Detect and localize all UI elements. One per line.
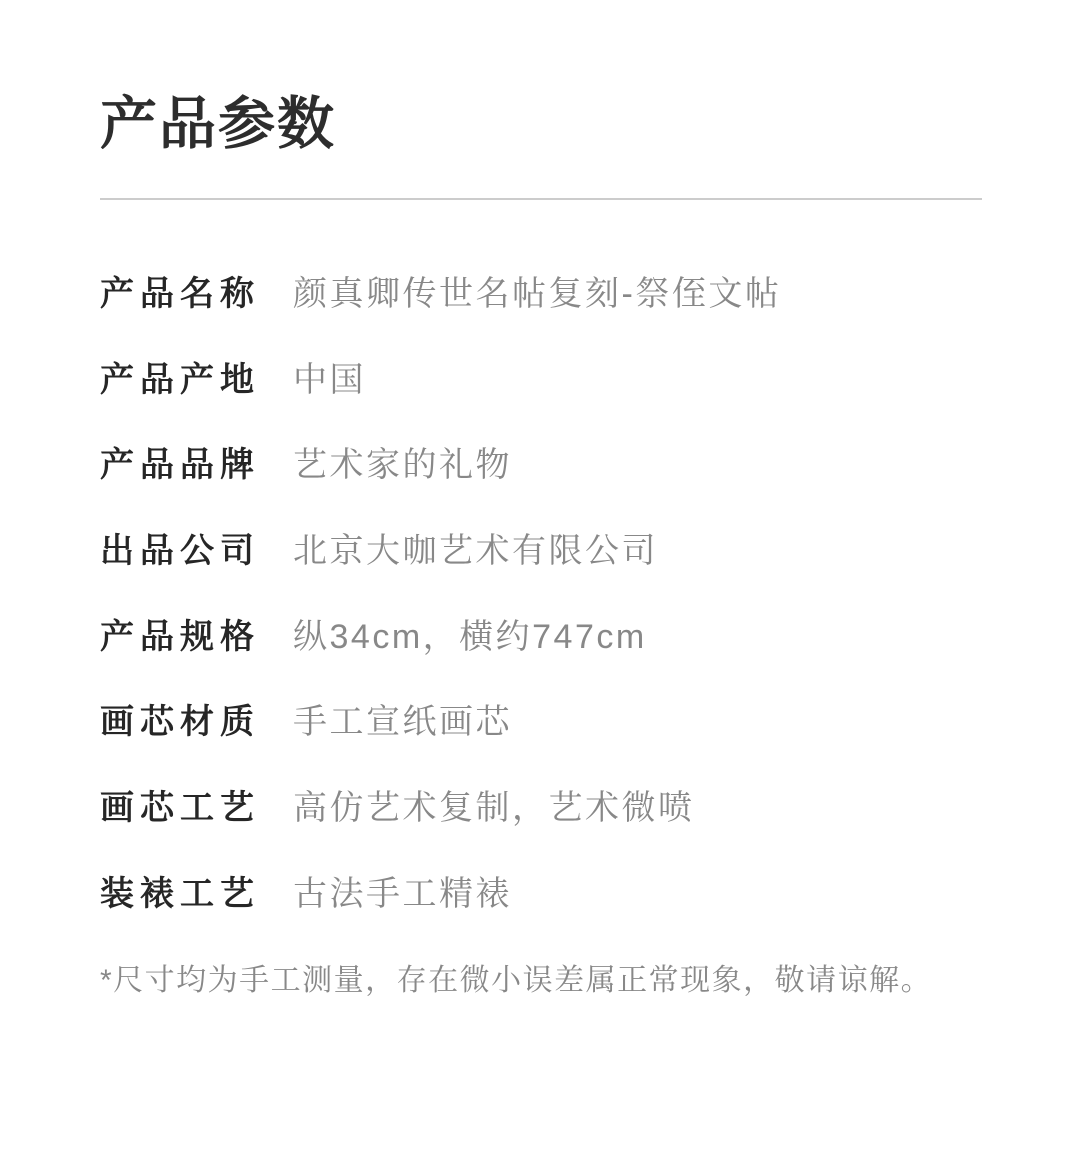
spec-value: 手工宣纸画芯 [293,705,512,741]
spec-row: 产品名称 颜真卿传世名帖复刻-祭侄文帖 [100,277,982,313]
spec-label: 产品产地 [100,363,293,399]
spec-label: 产品名称 [100,277,293,313]
spec-value: 高仿艺术复制，艺术微喷 [293,791,695,827]
measurement-disclaimer: *尺寸均为手工测量，存在微小误差属正常现象，敬请谅解。 [100,963,982,999]
spec-row: 画芯材质 手工宣纸画芯 [100,705,982,741]
spec-list: 产品名称 颜真卿传世名帖复刻-祭侄文帖 产品产地 中国 产品品牌 艺术家的礼物 … [100,277,982,913]
page-title: 产品参数 [100,96,982,153]
spec-value: 纵34cm，横约747cm [293,620,647,656]
spec-value: 古法手工精裱 [293,877,512,913]
spec-value: 艺术家的礼物 [293,448,512,484]
spec-row: 装裱工艺 古法手工精裱 [100,877,982,913]
spec-label: 画芯工艺 [100,791,293,827]
spec-row: 画芯工艺 高仿艺术复制，艺术微喷 [100,791,982,827]
spec-label: 产品规格 [100,620,293,656]
product-parameters-section: 产品参数 产品名称 颜真卿传世名帖复刻-祭侄文帖 产品产地 中国 产品品牌 艺术… [0,0,1080,999]
spec-label: 画芯材质 [100,705,293,741]
spec-label: 装裱工艺 [100,877,293,913]
spec-row: 产品品牌 艺术家的礼物 [100,448,982,484]
spec-value: 颜真卿传世名帖复刻-祭侄文帖 [293,277,781,313]
spec-value: 中国 [293,363,366,399]
spec-row: 产品规格 纵34cm，横约747cm [100,620,982,656]
spec-row: 出品公司 北京大咖艺术有限公司 [100,534,982,570]
title-divider [100,198,982,200]
spec-label: 出品公司 [100,534,293,570]
spec-value: 北京大咖艺术有限公司 [293,534,658,570]
spec-row: 产品产地 中国 [100,363,982,399]
spec-label: 产品品牌 [100,448,293,484]
